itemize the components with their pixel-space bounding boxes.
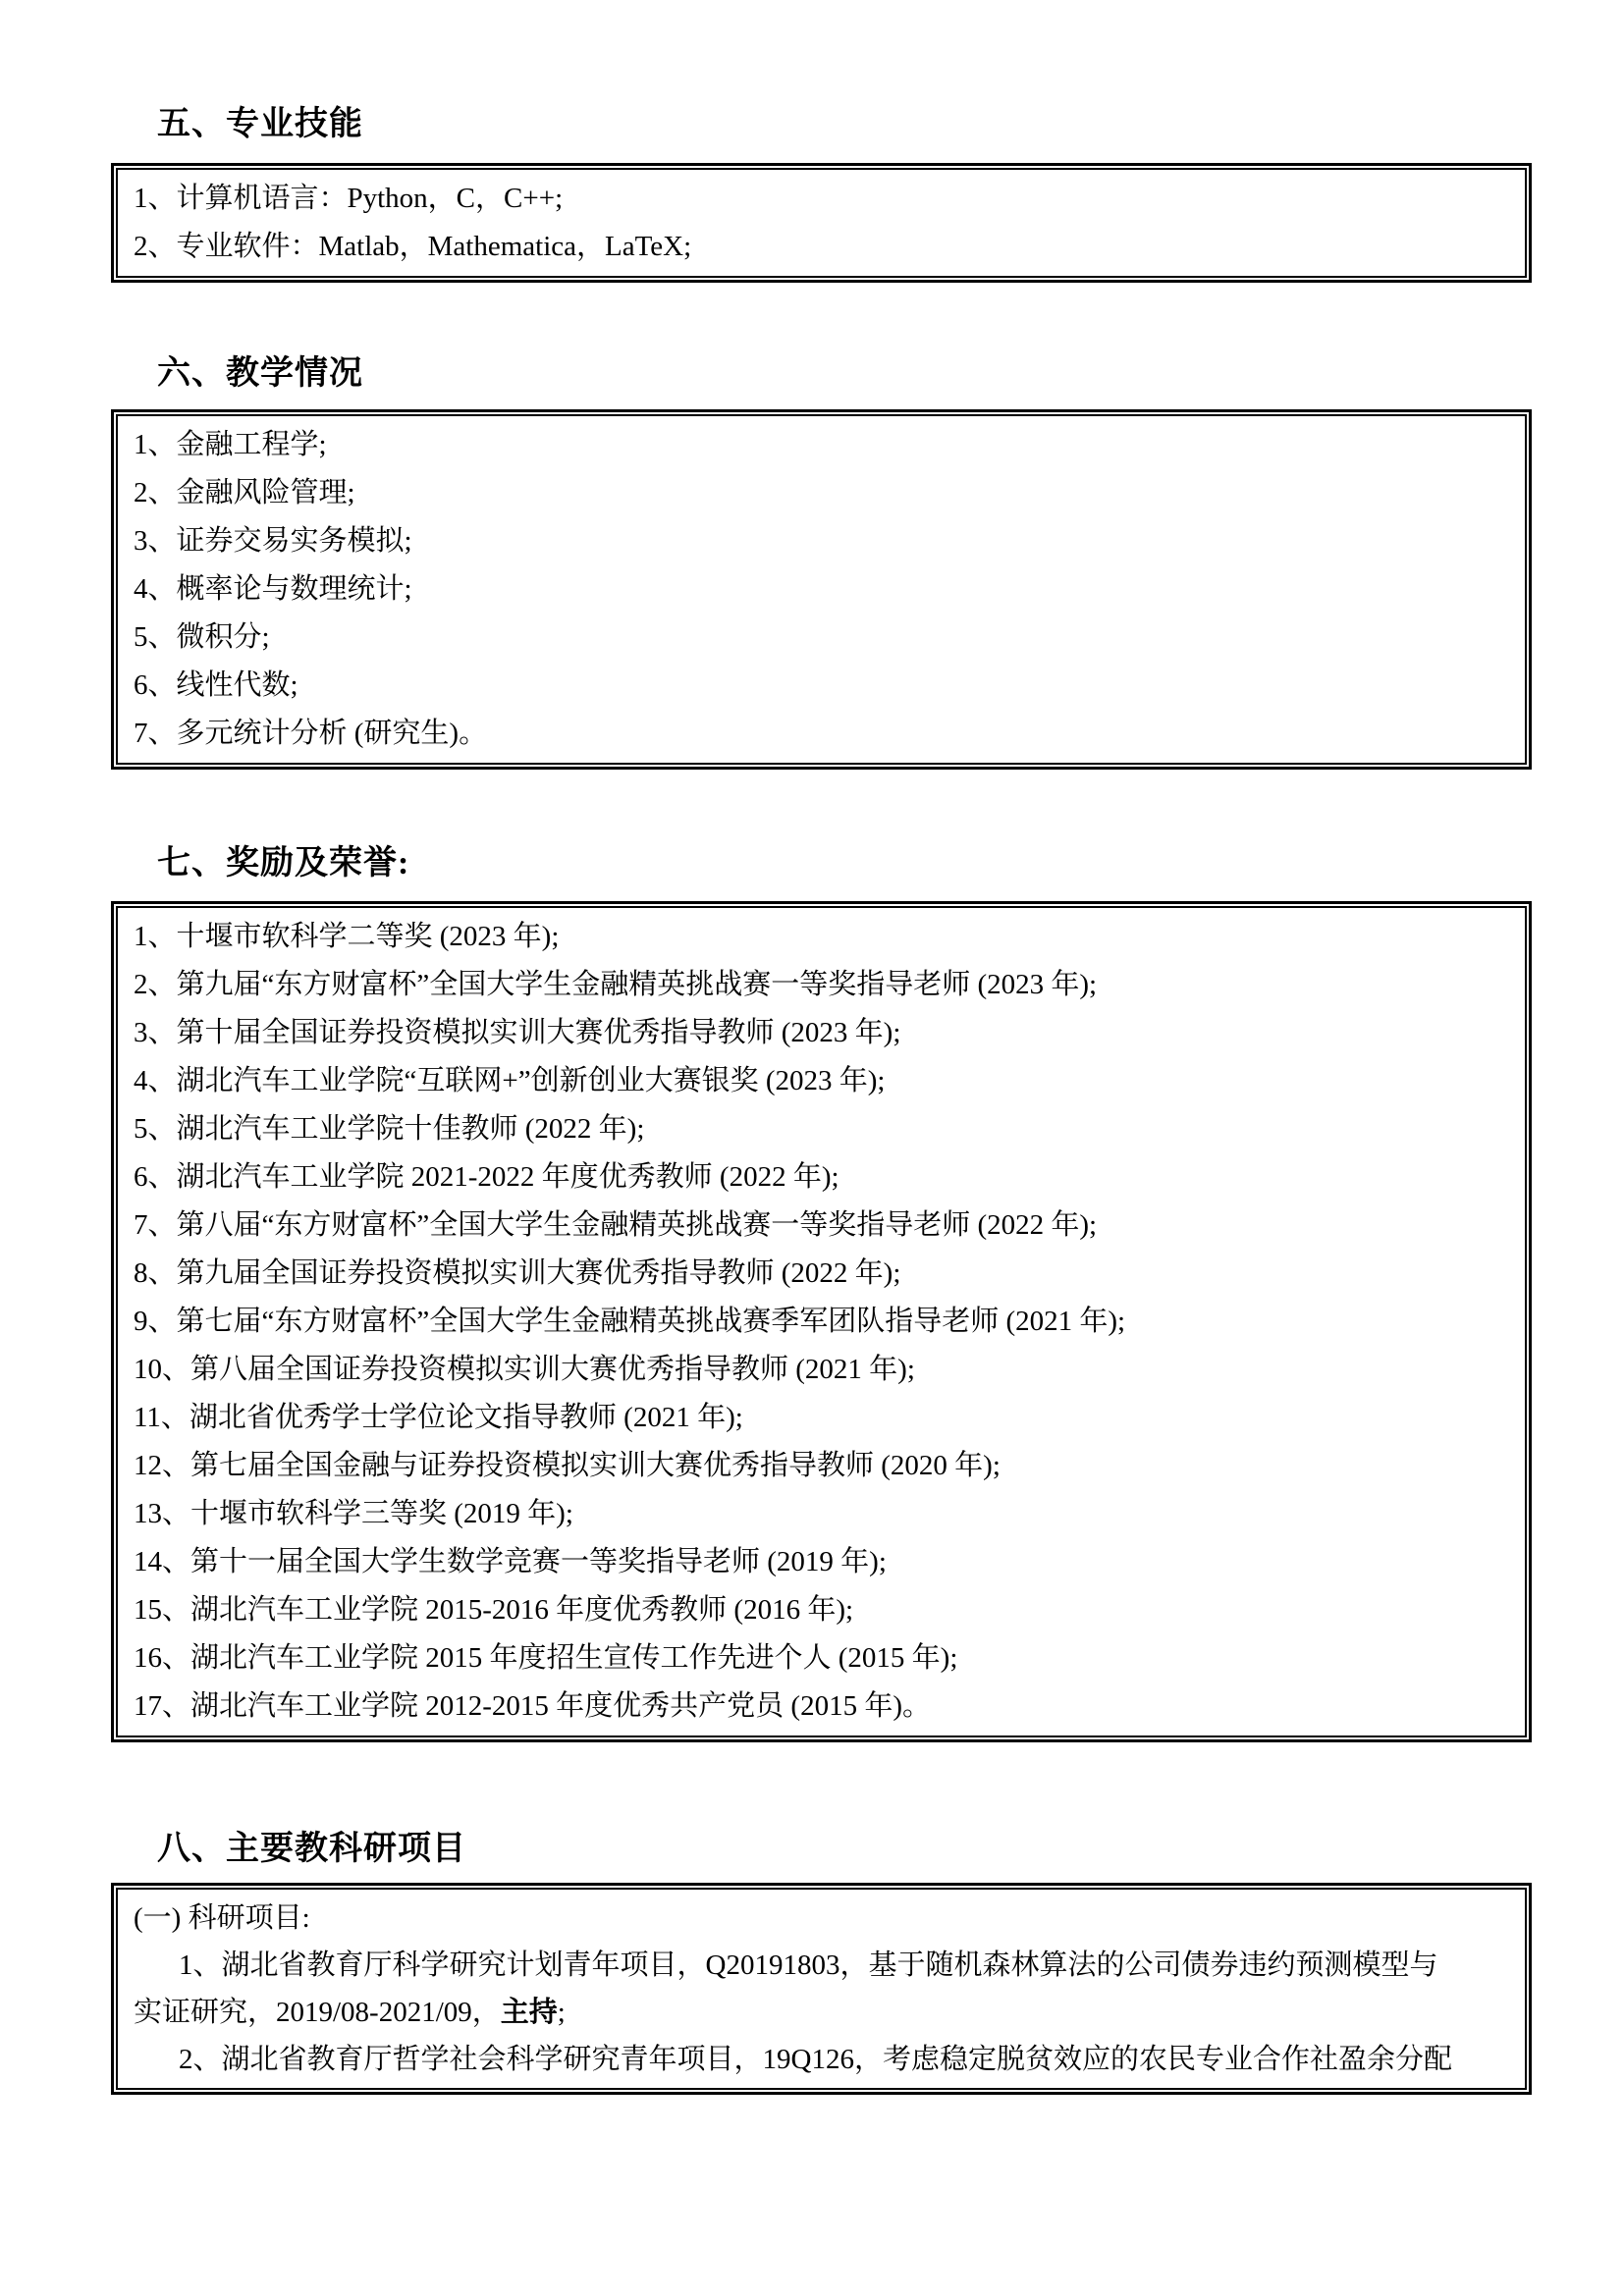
teaching-box: 1、金融工程学;2、金融风险管理;3、证券交易实务模拟;4、概率论与数理统计;5… (111, 409, 1532, 770)
list-item: 2、第九届“东方财富杯”全国大学生金融精英挑战赛一等奖指导老师 (2023 年)… (134, 961, 1505, 1009)
section-heading-skills: 五、专业技能 (157, 96, 363, 144)
teaching-list: 1、金融工程学;2、金融风险管理;3、证券交易实务模拟;4、概率论与数理统计;5… (116, 414, 1527, 765)
document-page: 五、专业技能 1、计算机语言：Python，C，C++;2、专业软件：Matla… (0, 0, 1624, 2296)
list-item: 3、第十届全国证券投资模拟实训大赛优秀指导教师 (2023 年); (134, 1009, 1505, 1057)
section-heading-projects: 八、主要教科研项目 (157, 1821, 466, 1869)
text-segment: 1、湖北省教育厅科学研究计划青年项目，Q20191803，基于随机森林算法的公司… (179, 1949, 1437, 1981)
list-item: 3、证券交易实务模拟; (134, 517, 1505, 565)
list-item: 1、计算机语言：Python，C，C++; (134, 175, 1505, 223)
list-item: 2、金融风险管理; (134, 469, 1505, 517)
projects-box: (一) 科研项目:1、湖北省教育厅科学研究计划青年项目，Q20191803，基于… (111, 1883, 1532, 2095)
list-item: 15、湖北汽车工业学院 2015-2016 年度优秀教师 (2016 年); (134, 1586, 1505, 1634)
list-item: 实证研究，2019/08-2021/09，主持; (134, 1989, 1505, 2036)
awards-list: 1、十堰市软科学二等奖 (2023 年);2、第九届“东方财富杯”全国大学生金融… (116, 906, 1527, 1737)
list-item: 7、第八届“东方财富杯”全国大学生金融精英挑战赛一等奖指导老师 (2022 年)… (134, 1201, 1505, 1250)
list-item: 4、概率论与数理统计; (134, 565, 1505, 614)
list-item: 7、多元统计分析 (研究生)。 (134, 710, 1505, 758)
skills-list: 1、计算机语言：Python，C，C++;2、专业软件：Matlab，Mathe… (116, 168, 1527, 278)
section-heading-awards: 七、奖励及荣誉: (157, 835, 409, 883)
list-item: 6、湖北汽车工业学院 2021-2022 年度优秀教师 (2022 年); (134, 1153, 1505, 1201)
list-item: 1、金融工程学; (134, 421, 1505, 469)
bold-text-segment: 主持 (501, 1997, 558, 2028)
text-segment: ; (558, 1997, 566, 2028)
list-item: (一) 科研项目: (134, 1895, 1505, 1942)
list-item: 12、第七届全国金融与证券投资模拟实训大赛优秀指导教师 (2020 年); (134, 1442, 1505, 1490)
list-item: 1、十堰市软科学二等奖 (2023 年); (134, 913, 1505, 961)
text-segment: 实证研究，2019/08-2021/09， (134, 1997, 501, 2028)
list-item: 8、第九届全国证券投资模拟实训大赛优秀指导教师 (2022 年); (134, 1250, 1505, 1298)
list-item: 13、十堰市软科学三等奖 (2019 年); (134, 1490, 1505, 1538)
skills-box: 1、计算机语言：Python，C，C++;2、专业软件：Matlab，Mathe… (111, 163, 1532, 283)
list-item: 11、湖北省优秀学士学位论文指导教师 (2021 年); (134, 1394, 1505, 1442)
list-item: 5、湖北汽车工业学院十佳教师 (2022 年); (134, 1105, 1505, 1153)
list-item: 1、湖北省教育厅科学研究计划青年项目，Q20191803，基于随机森林算法的公司… (134, 1942, 1505, 1989)
text-segment: 2、湖北省教育厅哲学社会科学研究青年项目，19Q126，考虑稳定脱贫效应的农民专… (179, 2044, 1452, 2075)
projects-list: (一) 科研项目:1、湖北省教育厅科学研究计划青年项目，Q20191803，基于… (116, 1888, 1527, 2090)
list-item: 4、湖北汽车工业学院“互联网+”创新创业大赛银奖 (2023 年); (134, 1057, 1505, 1105)
section-heading-teaching: 六、教学情况 (157, 346, 363, 394)
list-item: 6、线性代数; (134, 662, 1505, 710)
list-item: 14、第十一届全国大学生数学竞赛一等奖指导老师 (2019 年); (134, 1538, 1505, 1586)
list-item: 9、第七届“东方财富杯”全国大学生金融精英挑战赛季军团队指导老师 (2021 年… (134, 1298, 1505, 1346)
list-item: 2、湖北省教育厅哲学社会科学研究青年项目，19Q126，考虑稳定脱贫效应的农民专… (134, 2036, 1505, 2083)
awards-box: 1、十堰市软科学二等奖 (2023 年);2、第九届“东方财富杯”全国大学生金融… (111, 901, 1532, 1742)
list-item: 17、湖北汽车工业学院 2012-2015 年度优秀共产党员 (2015 年)。 (134, 1682, 1505, 1731)
list-item: 10、第八届全国证券投资模拟实训大赛优秀指导教师 (2021 年); (134, 1346, 1505, 1394)
list-item: 2、专业软件：Matlab，Mathematica，LaTeX; (134, 223, 1505, 271)
list-item: 16、湖北汽车工业学院 2015 年度招生宣传工作先进个人 (2015 年); (134, 1634, 1505, 1682)
list-item: 5、微积分; (134, 614, 1505, 662)
text-segment: (一) 科研项目: (134, 1902, 310, 1934)
